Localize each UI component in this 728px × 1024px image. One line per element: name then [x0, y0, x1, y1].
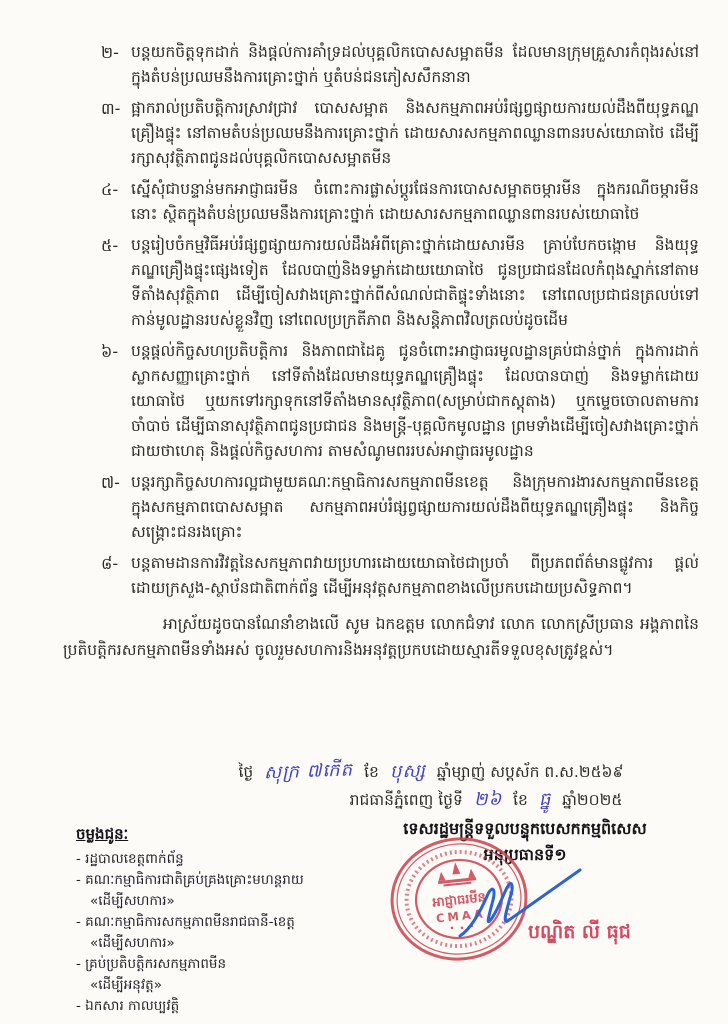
point-number: ៧-	[101, 470, 131, 495]
handwritten-weekday: សុក្រ ៧កើត	[258, 756, 360, 788]
gregorian-date-line: រាជធានីភ្នំពេញ ថ្ងៃទី ២៦ ខែ ធ្នូ ឆ្នាំ២០…	[270, 786, 702, 814]
point-number: ៤-	[101, 177, 131, 202]
scanned-letter-page: ២- បន្តយកចិត្តទុកដាក់ និងផ្តល់ការគាំទ្រដ…	[0, 0, 728, 1024]
lunar-date-line: ថ្ងៃ សុក្រ ៧កើត ខែ បុស្ស ឆ្នាំម្សាញ់ សប្…	[160, 758, 702, 786]
cc-list: ចម្លងជូនៈ - រដ្ឋបាលខេត្តពាក់ព័ន្ធ - គណៈក…	[76, 824, 356, 1017]
cc-item-note: «ដើម្បីអនុវត្ត»	[90, 975, 356, 996]
point-text: បន្តផ្តល់កិច្ចសហប្រតិបត្តិការ និងភាពជាដៃ…	[131, 339, 699, 464]
date-prefix: ថ្ងៃ	[238, 763, 253, 781]
month-label: ខែ	[513, 791, 528, 809]
point-text: បន្តតាមដានការវិវត្តនៃសកម្មភាពវាយប្រហារដោ…	[131, 551, 699, 601]
point-text: បន្តរក្សាកិច្ចសហការល្អជាមួយគណៈកម្មាធិការ…	[131, 470, 699, 545]
point-number: ២-	[101, 40, 131, 65]
cc-item: - គណៈកម្មាធិការសកម្មភាពមីនរាជធានី-ខេត្ត	[76, 912, 356, 933]
cc-item-note: «ដើម្បីសហការ»	[90, 891, 356, 912]
directive-point: ៨- បន្តតាមដានការវិវត្តនៃសកម្មភាពវាយប្រហា…	[101, 551, 699, 601]
directive-point: ៦- បន្តផ្តល់កិច្ចសហប្រតិបត្តិការ និងភាពជ…	[101, 339, 699, 464]
signer-name: បណ្ឌិត លី ធុជ	[528, 920, 724, 948]
point-number: ៦-	[101, 339, 131, 364]
cc-item: - គណៈកម្មាធិការជាតិគ្រប់គ្រងគ្រោះមហន្តរា…	[76, 870, 356, 891]
handwritten-day-number: ២៦	[467, 785, 508, 814]
city-date-prefix: រាជធានីភ្នំពេញ ថ្ងៃទី	[350, 791, 463, 809]
letter-body: ២- បន្តយកចិត្តទុកដាក់ និងផ្តល់ការគាំទ្រដ…	[101, 40, 699, 663]
point-text: ស្នើសុំជាបន្ទាន់មកអាជ្ញាធរមីន ចំពោះការផ្…	[131, 177, 699, 227]
cc-item-note: «ដើម្បីសហការ»	[90, 933, 356, 954]
directive-point: ៧- បន្តរក្សាកិច្ចសហការល្អជាមួយគណៈកម្មាធិ…	[101, 470, 699, 545]
directive-point: ៥- បន្តរៀបចំកម្មវិធីអប់រំផ្សព្វផ្សាយការយ…	[101, 233, 699, 333]
handwritten-month: ធ្នូ	[532, 786, 557, 815]
point-number: ៣-	[101, 96, 131, 121]
point-number: ៨-	[101, 551, 131, 576]
point-text: បន្តយកចិត្តទុកដាក់ និងផ្តល់ការគាំទ្រដល់ប…	[131, 40, 699, 90]
closing-paragraph: អាស្រ័យដូចបានណែនាំខាងលើ សូម ឯកឧត្តម លោកជ…	[63, 611, 699, 663]
directive-point: ៤- ស្នើសុំជាបន្ទាន់មកអាជ្ញាធរមីន ចំពោះកា…	[101, 177, 699, 227]
cc-item: - រដ្ឋបាលខេត្តពាក់ព័ន្ធ	[76, 849, 356, 870]
directive-point: ៣- ផ្អាករាល់ប្រតិបត្តិការស្រាវជ្រាវ បោសស…	[101, 96, 699, 171]
cc-item: - ឯកសារ កាលប្បវត្តិ	[76, 996, 356, 1017]
cc-item: - គ្រប់ប្រតិបត្តិករសកម្មភាពមីន	[76, 954, 356, 975]
date-block: ថ្ងៃ សុក្រ ៧កើត ខែ បុស្ស ឆ្នាំម្សាញ់ សប្…	[160, 758, 702, 814]
handwritten-lunar-month: បុស្ស	[383, 757, 432, 787]
buddhist-era-year: ឆ្នាំម្សាញ់ សប្តស័ក ព.ស.២៥៦៩	[437, 763, 624, 781]
point-text: បន្តរៀបចំកម្មវិធីអប់រំផ្សព្វផ្សាយការយល់ដ…	[131, 233, 699, 333]
month-label: ខែ	[364, 763, 379, 781]
gregorian-year: ឆ្នាំ២០២៥	[562, 791, 622, 809]
signer-title-line1: ទេសរដ្ឋមន្ត្រីទទួលបន្ទុកបេសកកម្មពិសេស	[328, 816, 722, 842]
point-number: ៥-	[101, 233, 131, 258]
directive-point: ២- បន្តយកចិត្តទុកដាក់ និងផ្តល់ការគាំទ្រដ…	[101, 40, 699, 90]
point-text: ផ្អាករាល់ប្រតិបត្តិការស្រាវជ្រាវ បោសសម្អ…	[131, 96, 699, 171]
cc-header: ចម្លងជូនៈ	[76, 824, 356, 845]
